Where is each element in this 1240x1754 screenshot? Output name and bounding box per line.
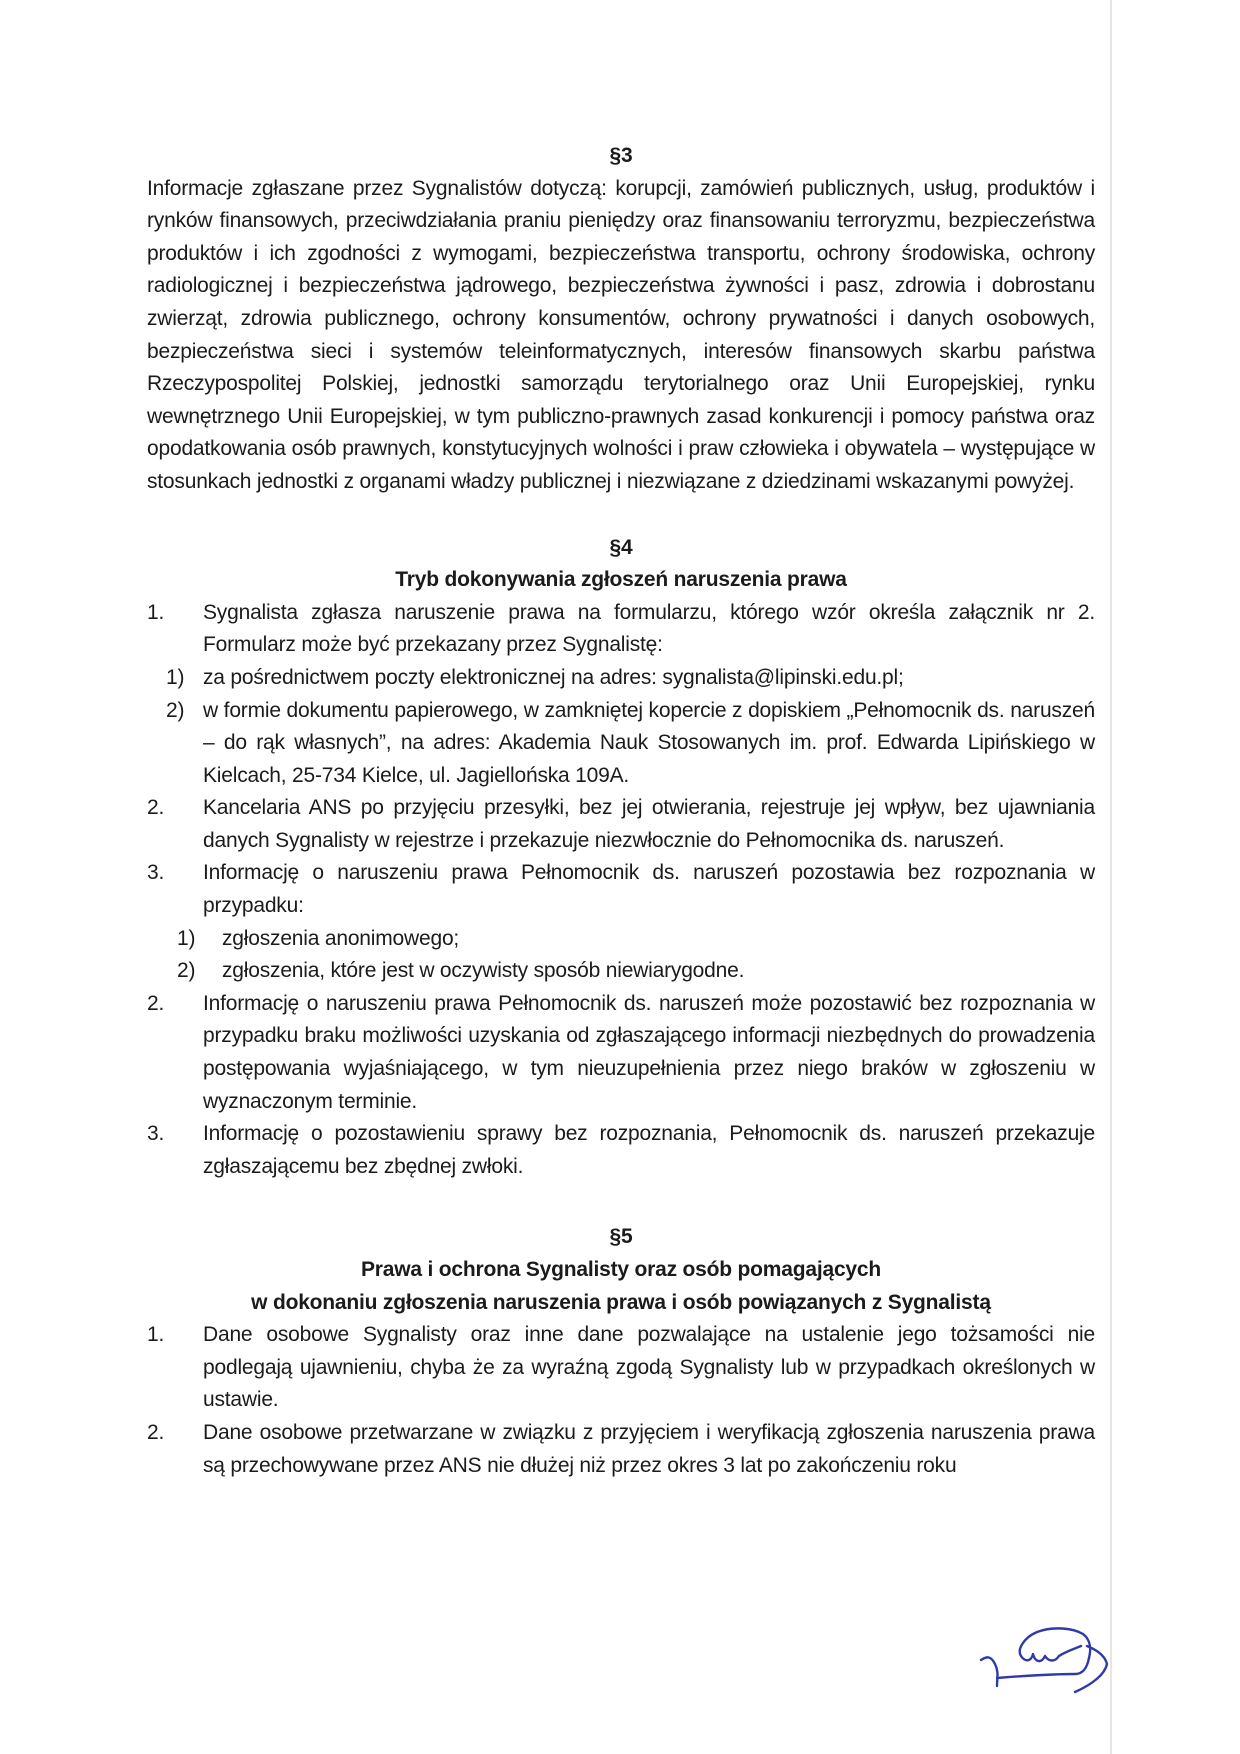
subitem-text: za pośrednictwem poczty elektronicznej n… [203, 666, 904, 689]
section-4: §4 Tryb dokonywania zgłoszeń naruszenia … [147, 532, 1095, 1184]
subitem-text: w formie dokumentu papierowego, w zamkni… [203, 699, 1095, 787]
section-4-item-3-sub-1: 1) zgłoszenia anonimowego; [147, 923, 1095, 956]
item-marker: 1. [147, 597, 164, 630]
item-marker: 3. [147, 857, 164, 890]
section-4-item-1-sub-2: 2) w formie dokumentu papierowego, w zam… [147, 695, 1095, 793]
subitem-marker: 1) [166, 662, 184, 695]
section-5-item-1: 1. Dane osobowe Sygnalisty oraz inne dan… [147, 1319, 1095, 1417]
page-edge-line [1110, 0, 1112, 1754]
section-4-item-3-sub-2: 2) zgłoszenia, które jest w oczywisty sp… [147, 955, 1095, 988]
section-3-body: Informacje zgłaszane przez Sygnalistów d… [147, 173, 1095, 499]
subitem-marker: 2) [166, 695, 184, 728]
section-5-title-line-2: w dokonaniu zgłoszenia naruszenia prawa … [147, 1287, 1095, 1320]
section-5-number: §5 [147, 1221, 1095, 1254]
section-4-item-1: 1. Sygnalista zgłasza naruszenie prawa n… [147, 597, 1095, 662]
document-body: §3 Informacje zgłaszane przez Sygnalistó… [147, 140, 1095, 1482]
item-text: Informację o pozostawieniu sprawy bez ro… [203, 1122, 1095, 1178]
subitem-text: zgłoszenia, które jest w oczywisty sposó… [222, 959, 744, 982]
item-marker: 2. [147, 988, 164, 1021]
section-4-number: §4 [147, 532, 1095, 565]
section-4-title: Tryb dokonywania zgłoszeń naruszenia pra… [147, 564, 1095, 597]
item-text: Dane osobowe przetwarzane w związku z pr… [203, 1421, 1095, 1477]
item-text: Informację o naruszeniu prawa Pełnomocni… [203, 861, 1095, 917]
section-5-item-2: 2. Dane osobowe przetwarzane w związku z… [147, 1417, 1095, 1482]
item-marker: 3. [147, 1118, 164, 1151]
subitem-marker: 1) [177, 923, 195, 956]
item-text: Informację o naruszeniu prawa Pełnomocni… [203, 992, 1095, 1113]
item-text: Sygnalista zgłasza naruszenie prawa na f… [203, 601, 1095, 657]
section-5-title-line-1: Prawa i ochrona Sygnalisty oraz osób pom… [147, 1254, 1095, 1287]
section-5: §5 Prawa i ochrona Sygnalisty oraz osób … [147, 1221, 1095, 1482]
section-4-item-1-sub-1: 1) za pośrednictwem poczty elektroniczne… [147, 662, 1095, 695]
section-4-item-5: 3. Informację o pozostawieniu sprawy bez… [147, 1118, 1095, 1183]
section-4-item-4: 2. Informację o naruszeniu prawa Pełnomo… [147, 988, 1095, 1118]
section-4-item-2: 2. Kancelaria ANS po przyjęciu przesyłki… [147, 792, 1095, 857]
section-3-number: §3 [147, 140, 1095, 173]
handwritten-signature-icon [975, 1612, 1125, 1702]
item-marker: 2. [147, 792, 164, 825]
item-text: Kancelaria ANS po przyjęciu przesyłki, b… [203, 796, 1095, 852]
section-3: §3 Informacje zgłaszane przez Sygnalistó… [147, 140, 1095, 499]
subitem-marker: 2) [177, 955, 195, 988]
item-marker: 2. [147, 1417, 164, 1450]
item-marker: 1. [147, 1319, 164, 1352]
subitem-text: zgłoszenia anonimowego; [222, 927, 459, 950]
section-4-item-3: 3. Informację o naruszeniu prawa Pełnomo… [147, 857, 1095, 922]
item-text: Dane osobowe Sygnalisty oraz inne dane p… [203, 1323, 1095, 1411]
